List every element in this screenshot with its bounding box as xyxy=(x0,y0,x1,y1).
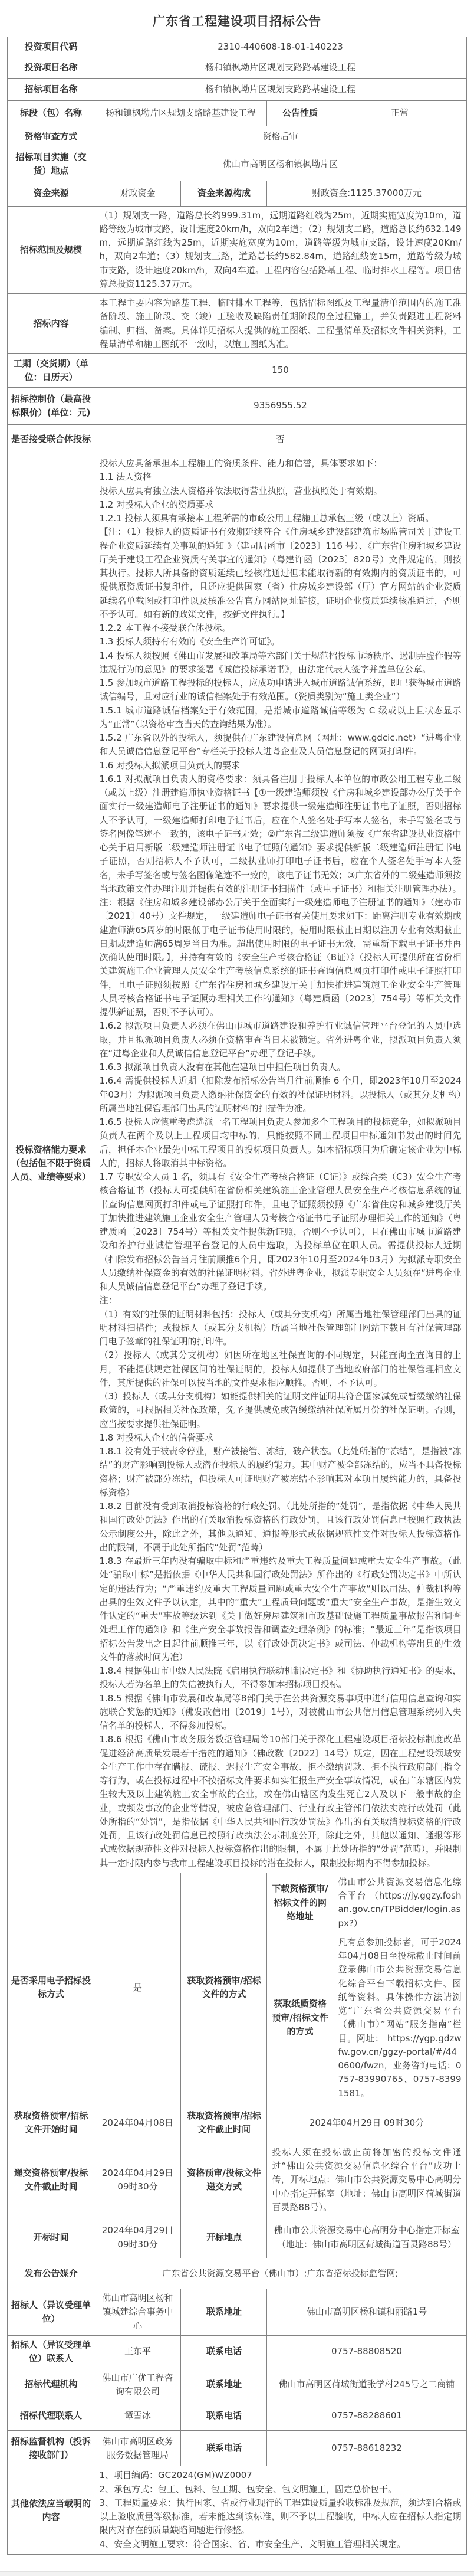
invest-name-value: 杨和镇枫坳片区规划支路路基建设工程 xyxy=(94,57,466,79)
content-value: 本工程主要内容为路基工程、临时排水工程等，包括招标图纸及工程量清单范围内的施工准… xyxy=(94,294,466,354)
open-time-label: 开标时间 xyxy=(8,2217,94,2258)
media-label: 发布公告媒介 xyxy=(8,2258,94,2289)
tenderer-label: 招标人（异议受理单位） xyxy=(8,2289,94,2336)
row-agency: 招标代理机构 佛山市广优工程咨询有限公司 联系地址 佛山市高明区荷城街道张学村2… xyxy=(8,2368,466,2401)
row-duration: 工期（交货期）（单位：日历天） 150 xyxy=(8,354,466,388)
supervisor-phone-value: 0757-88618232 xyxy=(267,2431,466,2466)
location-label: 招标项目实施（交货）地点 xyxy=(8,148,94,181)
doc-deadline-value: 2024年04月29日 09时30分 xyxy=(267,2103,466,2143)
tenderer-contact-value: 王东平 xyxy=(94,2335,181,2368)
row-scope: 招标范围及规模 （1）规划支一路，道路总长约999.31m，远期道路红线为25m… xyxy=(8,206,466,294)
location-value: 佛山市高明区杨和镇枫坳片区 xyxy=(94,148,466,181)
obtain-docs-method-label: 获取资格预审/招标文件的方式 xyxy=(181,1873,267,2103)
tenderer-address-value: 佛山市高明区杨和镇和丽路1号 xyxy=(267,2289,466,2336)
project-code-label: 投资项目代码 xyxy=(8,37,94,57)
doc-start-value: 2024年04月08日 xyxy=(94,2103,181,2143)
agency-phone-label: 联系电话 xyxy=(181,2401,267,2431)
row-qualification-method: 资格审查方式 资格后审 xyxy=(8,126,466,148)
row-electronic-bidding: 是否采用电子招标投标方式 是 获取资格预审/招标文件的方式 下载资格预审/招标文… xyxy=(8,1873,466,1933)
page-title: 广东省工程建设项目招标公告 xyxy=(0,12,474,30)
duration-label: 工期（交货期）（单位：日历天） xyxy=(8,354,94,388)
other-label: 其他依法应当载明的内容 xyxy=(8,2466,94,2555)
qualification-requirements-label: 投标资格能力要求（包括但不限于资质人员、业绩等要求） xyxy=(8,454,94,1873)
supervisor-value: 佛山市高明区政务服务数据管理局 xyxy=(94,2431,181,2466)
row-funding: 资金来源 财政资金 资金来源构成 财政资金:1125.37000万元 xyxy=(8,181,466,206)
section-value: 杨和镇枫坳片区规划支路路基建设工程 xyxy=(94,101,267,126)
row-section: 标段（包）名称 杨和镇枫坳片区规划支路路基建设工程 公告性质 正常 xyxy=(8,101,466,126)
scope-value: （1）规划支一路，道路总长约999.31m，远期道路红线为25m，近期实施宽度为… xyxy=(94,206,466,294)
qualification-requirements-value: 投标人应具备承担本工程施工的资质条件、能力和信誉，具体要求如下： 1.1 法人资… xyxy=(94,454,466,1873)
tenderer-contact-label: 招标人（异议受理单位）联系人 xyxy=(8,2335,94,2368)
funding-composition-label: 资金来源构成 xyxy=(181,181,267,206)
tenderer-value: 佛山市高明区杨和镇城建综合事务中心 xyxy=(94,2289,181,2336)
duration-value: 150 xyxy=(94,354,466,388)
open-place-label: 开标地点 xyxy=(181,2217,267,2258)
row-other: 其他依法应当载明的内容 1、项目编码：GC2024(GM)WZ0007 2、承包… xyxy=(8,2466,466,2555)
content-label: 招标内容 xyxy=(8,294,94,354)
electronic-bidding-value: 是 xyxy=(94,1873,181,2103)
agency-contact-label: 招标代理联系人 xyxy=(8,2401,94,2431)
row-content: 招标内容 本工程主要内容为路基工程、临时排水工程等，包括招标图纸及工程量清单范围… xyxy=(8,294,466,354)
row-ceiling-price: 招标控制价（最高投标限价）(单位：元) 9356955.52 xyxy=(8,388,466,425)
submit-deadline-value: 2024年04月29日09时30分 xyxy=(94,2143,181,2217)
agency-label: 招标代理机构 xyxy=(8,2368,94,2401)
scope-label: 招标范围及规模 xyxy=(8,206,94,294)
paper-docs-method-value: 凡有意参加投标者，可于2024年04月08日至投标截止时间前登录佛山市公共资源交… xyxy=(333,1933,466,2103)
download-url-value: 佛山市公共资源交易信息化综合平台 （https://jy.ggzy.foshan… xyxy=(333,1873,466,1933)
row-submit-deadline: 递交资格预审/投标文件截止时间 2024年04月29日09时30分 资格预审/投… xyxy=(8,2143,466,2217)
announcement-table: 投资项目代码 2310-440608-18-01-140223 投资项目名称 杨… xyxy=(7,37,466,2555)
submit-method-label: 资格预审/投标文件递交方式 xyxy=(181,2143,267,2217)
open-place-value: 佛山市公共资源交易中心高明分中心指定开标室（地址：佛山市高明区荷城街道百灵路88… xyxy=(267,2217,466,2258)
row-doc-start: 获取资格预审/招标文件开始时间 2024年04月08日 获取资格预审/招标文件截… xyxy=(8,2103,466,2143)
row-agency-contact: 招标代理联系人 谭雪冰 联系电话 0757-88288601 xyxy=(8,2401,466,2431)
row-tenderer: 招标人（异议受理单位） 佛山市高明区杨和镇城建综合事务中心 联系地址 佛山市高明… xyxy=(8,2289,466,2336)
funding-label: 资金来源 xyxy=(8,181,94,206)
tenderer-address-label: 联系地址 xyxy=(181,2289,267,2336)
electronic-bidding-label: 是否采用电子招标投标方式 xyxy=(8,1873,94,2103)
row-open-time: 开标时间 2024年04月29日09时30分 开标地点 佛山市公共资源交易中心高… xyxy=(8,2217,466,2258)
agency-address-label: 联系地址 xyxy=(181,2368,267,2401)
funding-composition-value: 财政资金:1125.37000万元 xyxy=(267,181,466,206)
invest-name-label: 投资项目名称 xyxy=(8,57,94,79)
open-time-value: 2024年04月29日09时30分 xyxy=(94,2217,181,2258)
tender-name-label: 招标项目名称 xyxy=(8,79,94,101)
section-label: 标段（包）名称 xyxy=(8,101,94,126)
row-project-code: 投资项目代码 2310-440608-18-01-140223 xyxy=(8,37,466,57)
download-url-label: 下载资格预审/招标文件的网络地址 xyxy=(267,1873,333,1933)
row-invest-name: 投资项目名称 杨和镇枫坳片区规划支路路基建设工程 xyxy=(8,57,466,79)
media-value: 广东省公共资源交易平台（佛山市）;广东省招标投标监管网; xyxy=(94,2258,466,2289)
row-tenderer-contact: 招标人（异议受理单位）联系人 王东平 联系电话 0757-88808520 xyxy=(8,2335,466,2368)
other-value: 1、项目编码：GC2024(GM)WZ0007 2、承包方式：包工、包料、包工期… xyxy=(94,2466,466,2555)
tenderer-phone-label: 联系电话 xyxy=(181,2335,267,2368)
consortium-label: 是否接受联合体投标 xyxy=(8,425,94,454)
agency-phone-value: 0757-88288601 xyxy=(267,2401,466,2431)
row-supervisor: 招标监督机构（投诉接收部门） 佛山市高明区政务服务数据管理局 联系电话 0757… xyxy=(8,2431,466,2466)
row-consortium: 是否接受联合体投标 否 xyxy=(8,425,466,454)
row-media: 发布公告媒介 广东省公共资源交易平台（佛山市）;广东省招标投标监管网; xyxy=(8,2258,466,2289)
supervisor-label: 招标监督机构（投诉接收部门） xyxy=(8,2431,94,2466)
agency-address-value: 佛山市高明区荷城街道张学村245号之二商铺 xyxy=(267,2368,466,2401)
project-code-value: 2310-440608-18-01-140223 xyxy=(94,37,466,57)
page-bottom-strip xyxy=(0,2571,474,2576)
announcement-page: 广东省工程建设项目招标公告 投资项目代码 2310-440608-18-01-1… xyxy=(0,12,474,2576)
qualification-method-label: 资格审查方式 xyxy=(8,126,94,148)
doc-start-label: 获取资格预审/招标文件开始时间 xyxy=(8,2103,94,2143)
tenderer-phone-value: 0757-88808520 xyxy=(267,2335,466,2368)
submit-method-value: 投标人须在投标截止前将加密的投标文件通过“佛山公共资源交易信息化综合平台”成功上… xyxy=(267,2143,466,2217)
notice-nature-value: 正常 xyxy=(333,101,466,126)
ceiling-price-value: 9356955.52 xyxy=(94,388,466,425)
notice-nature-label: 公告性质 xyxy=(267,101,333,126)
row-qualification-requirements: 投标资格能力要求（包括但不限于资质人员、业绩等要求） 投标人应具备承担本工程施工… xyxy=(8,454,466,1873)
agency-contact-value: 谭雪冰 xyxy=(94,2401,181,2431)
ceiling-price-label: 招标控制价（最高投标限价）(单位：元) xyxy=(8,388,94,425)
submit-deadline-label: 递交资格预审/投标文件截止时间 xyxy=(8,2143,94,2217)
row-tender-name: 招标项目名称 杨和镇枫坳片区规划支路路基建设工程 xyxy=(8,79,466,101)
doc-deadline-label: 获取资格预审/招标文件截止时间 xyxy=(181,2103,267,2143)
funding-value: 财政资金 xyxy=(94,181,181,206)
agency-value: 佛山市广优工程咨询有限公司 xyxy=(94,2368,181,2401)
paper-docs-method-label: 获取纸质资格预审/招标文件的方式 xyxy=(267,1933,333,2103)
tender-name-value: 杨和镇枫坳片区规划支路路基建设工程 xyxy=(94,79,466,101)
qualification-method-value: 资格后审 xyxy=(94,126,466,148)
consortium-value: 否 xyxy=(94,425,466,454)
supervisor-phone-label: 联系电话 xyxy=(181,2431,267,2466)
row-location: 招标项目实施（交货）地点 佛山市高明区杨和镇枫坳片区 xyxy=(8,148,466,181)
